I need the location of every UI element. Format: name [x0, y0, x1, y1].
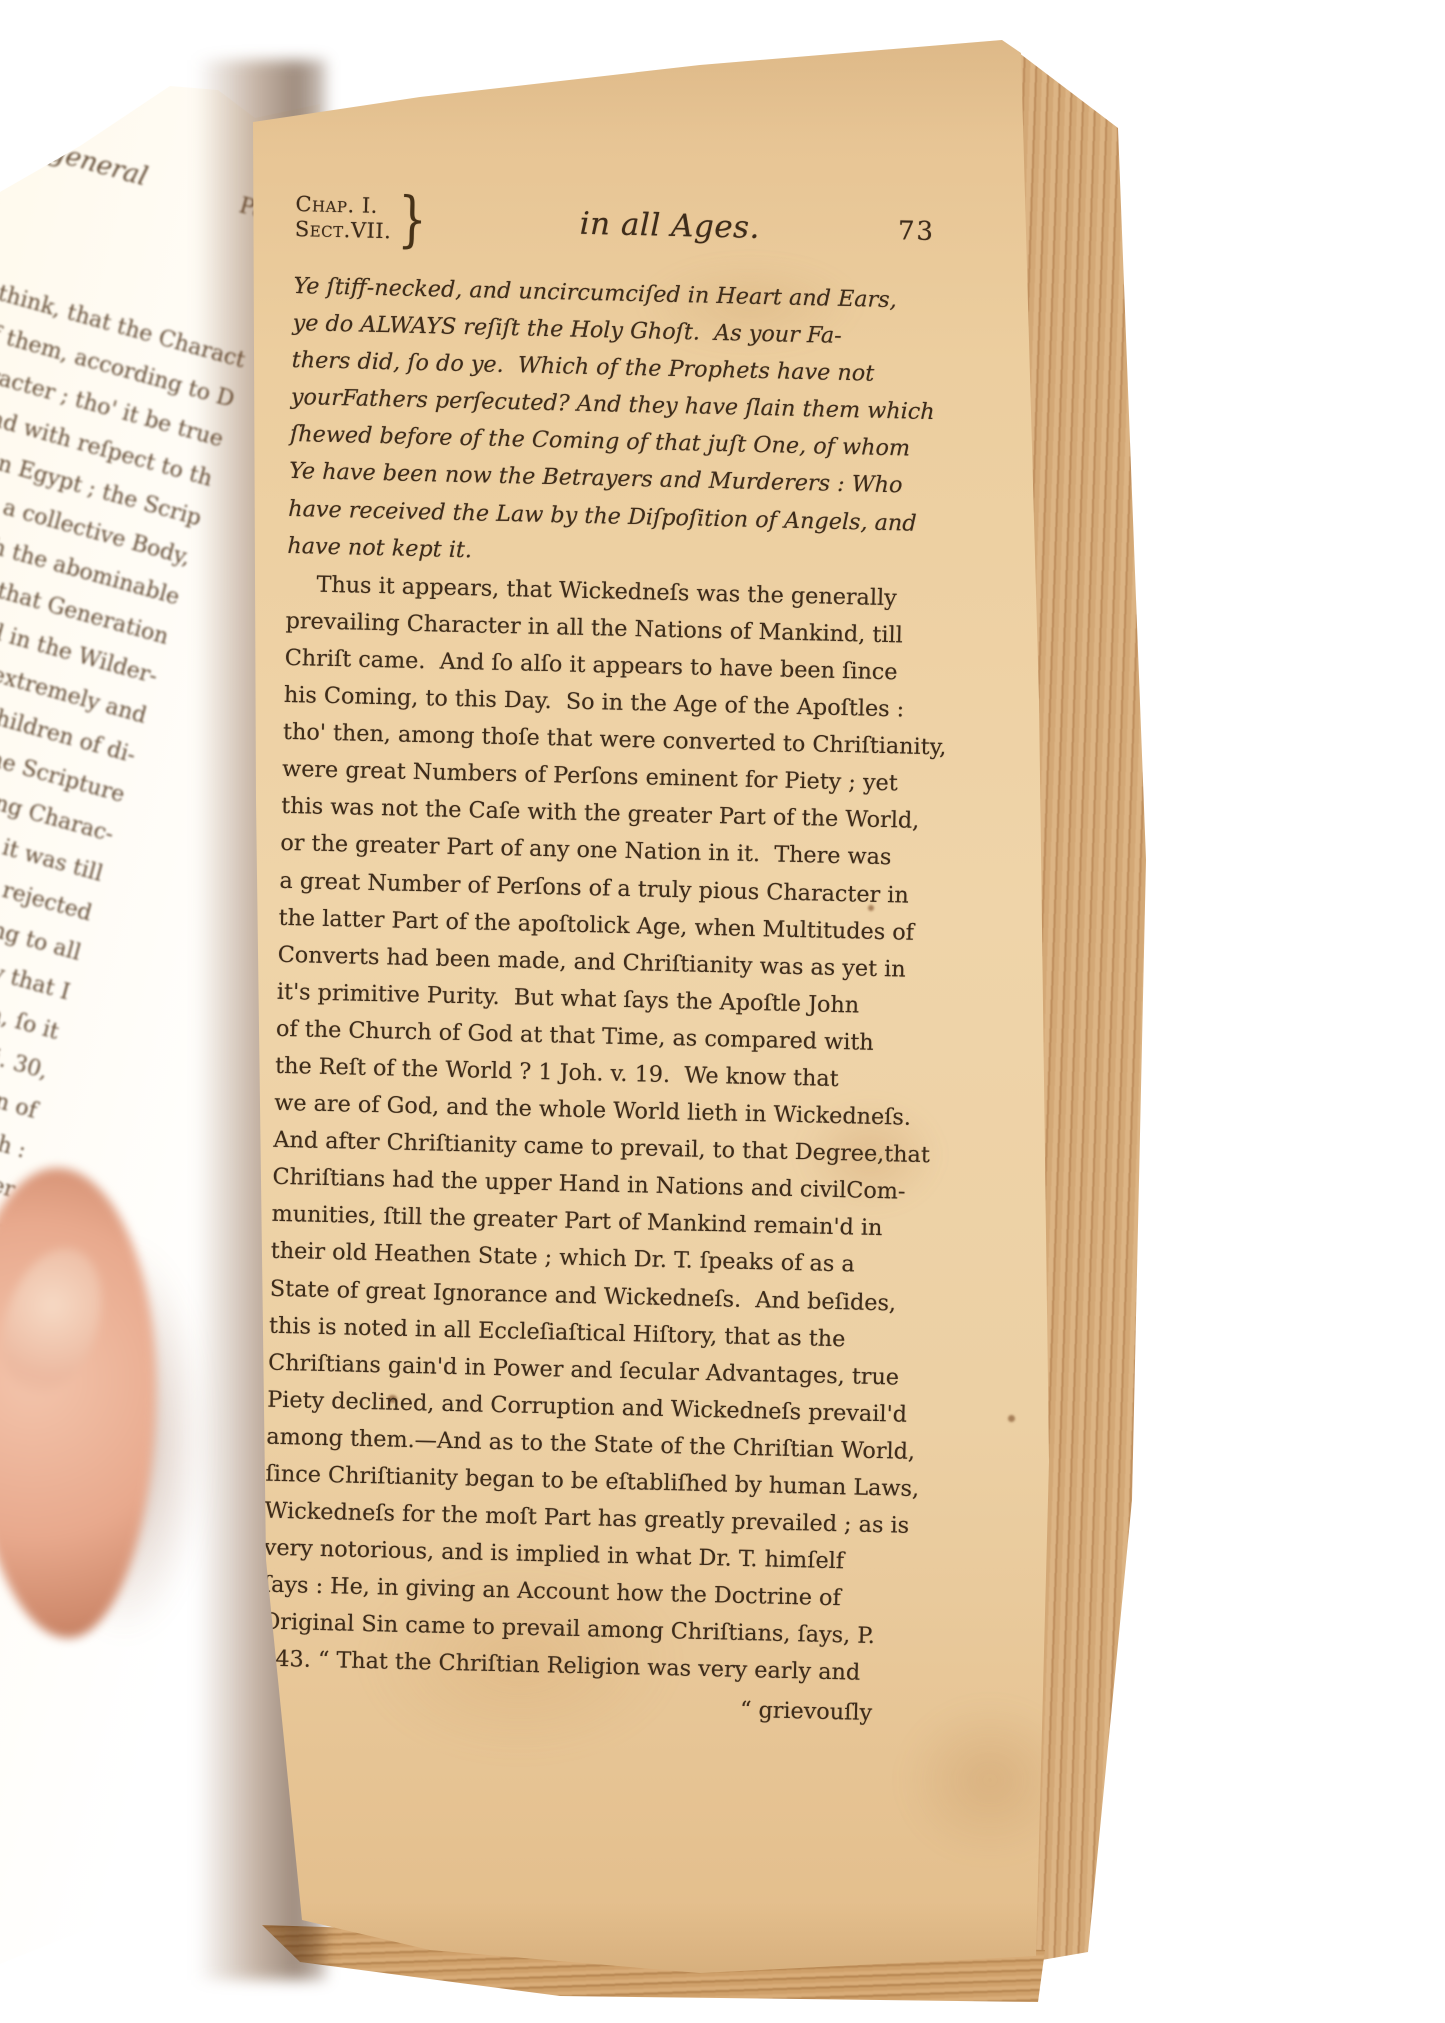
brace-glyph: }: [398, 184, 428, 255]
chapter-label: Chap. I.: [295, 192, 392, 219]
left-running-title: Wickedneſs general: [0, 89, 152, 198]
book-photo: 72 Wickedneſs general Part of ſin ; we c…: [0, 0, 1445, 2023]
chapter-section-label: Chap. I. Sect.VII.: [295, 192, 393, 244]
right-running-head: Chap. I. Sect.VII. } in all Ages. 73: [294, 182, 985, 268]
thumb-flesh: [0, 1168, 156, 1638]
right-page-text: Chap. I. Sect.VII. } in all Ages. 73 Ye …: [260, 182, 986, 1734]
ink-speck: [1008, 1415, 1015, 1422]
right-running-title: in all Ages.: [579, 206, 760, 246]
body-paragraph: Thus it appears, that Wickedneſs was the…: [261, 566, 977, 1695]
scripture-quote: Ye ſtiff-necked, and uncircumciſed in He…: [287, 268, 984, 581]
thumb: [0, 1168, 156, 1638]
right-page-number: 73: [898, 216, 936, 247]
section-label: Sect.VII.: [295, 217, 392, 244]
